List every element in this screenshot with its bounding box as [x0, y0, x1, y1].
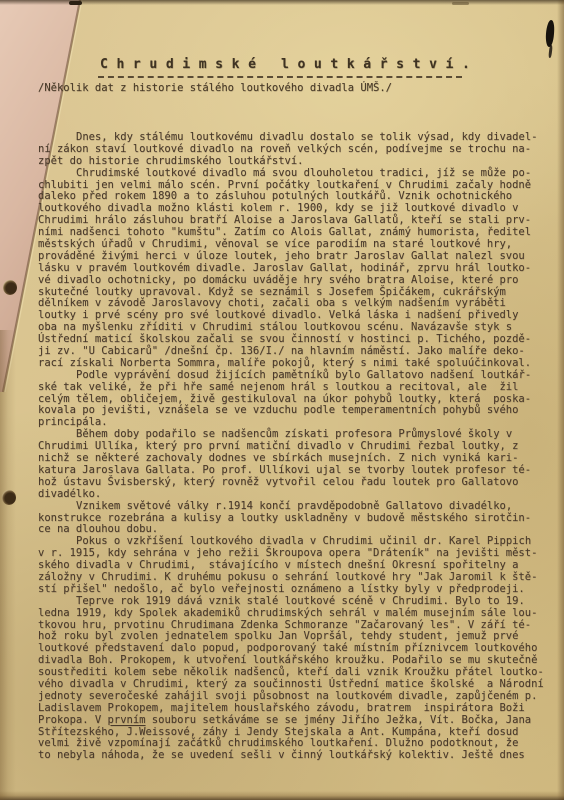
title-underline [98, 76, 462, 78]
typed-line: Podle vyprávění dosud žijících pamětníků… [38, 370, 550, 382]
document-subtitle: /Několik dat z historie stálého loutkové… [38, 82, 392, 94]
typed-line: prováděné živými herci v úloze loutek, j… [38, 251, 550, 263]
typed-line: Teprve rok 1919 dává vznik stalé loutkov… [38, 596, 550, 608]
typed-line: divadélko. [38, 489, 550, 501]
document-title: C h r u d i m s k é l o u t k á ř s t v … [100, 57, 470, 72]
document-page: C h r u d i m s k é l o u t k á ř s t v … [0, 0, 564, 800]
typed-line: ní zákon staví loutkové divadlo na roveň… [38, 144, 550, 156]
typed-line: to nebyla náhoda, že se uvedení sešli v … [38, 750, 550, 762]
typed-line: kovala po jevišti, vznášela se ve vzduch… [38, 405, 550, 417]
typed-line: lásku v pravém loutkovém divadle. Jarosl… [38, 263, 550, 275]
typed-line: vé divadlo ochotnicky, po domácku uváděj… [38, 275, 550, 287]
typed-line: Vznikem světové války r.1914 končí pravd… [38, 501, 550, 513]
document-body: Dnes, kdy stálému loutkovému divadlu dos… [38, 132, 550, 762]
typed-line: Prokopa. V prvním souboru setkáváme se s… [38, 715, 550, 727]
typed-line: ledna 1919, kdy Spolek akademiků chrudim… [38, 608, 550, 620]
typed-line: ské tak veliké, že při hře samé nejenom … [38, 382, 550, 394]
typed-line: Chrudimské loutkové divadlo má svou dlou… [38, 168, 550, 180]
typed-document: C h r u d i m s k é l o u t k á ř s t v … [0, 0, 564, 800]
typed-line: zpět do historie chrudimského loutkářstv… [38, 156, 550, 168]
typed-line: stí přišel" nedošlo, ač bylo veřejnosti … [38, 584, 550, 596]
typed-line: hož ústavu Švisberský, který rovněž vytv… [38, 477, 550, 489]
typed-line: jednoty severočeské zahájil svoji působn… [38, 691, 550, 703]
